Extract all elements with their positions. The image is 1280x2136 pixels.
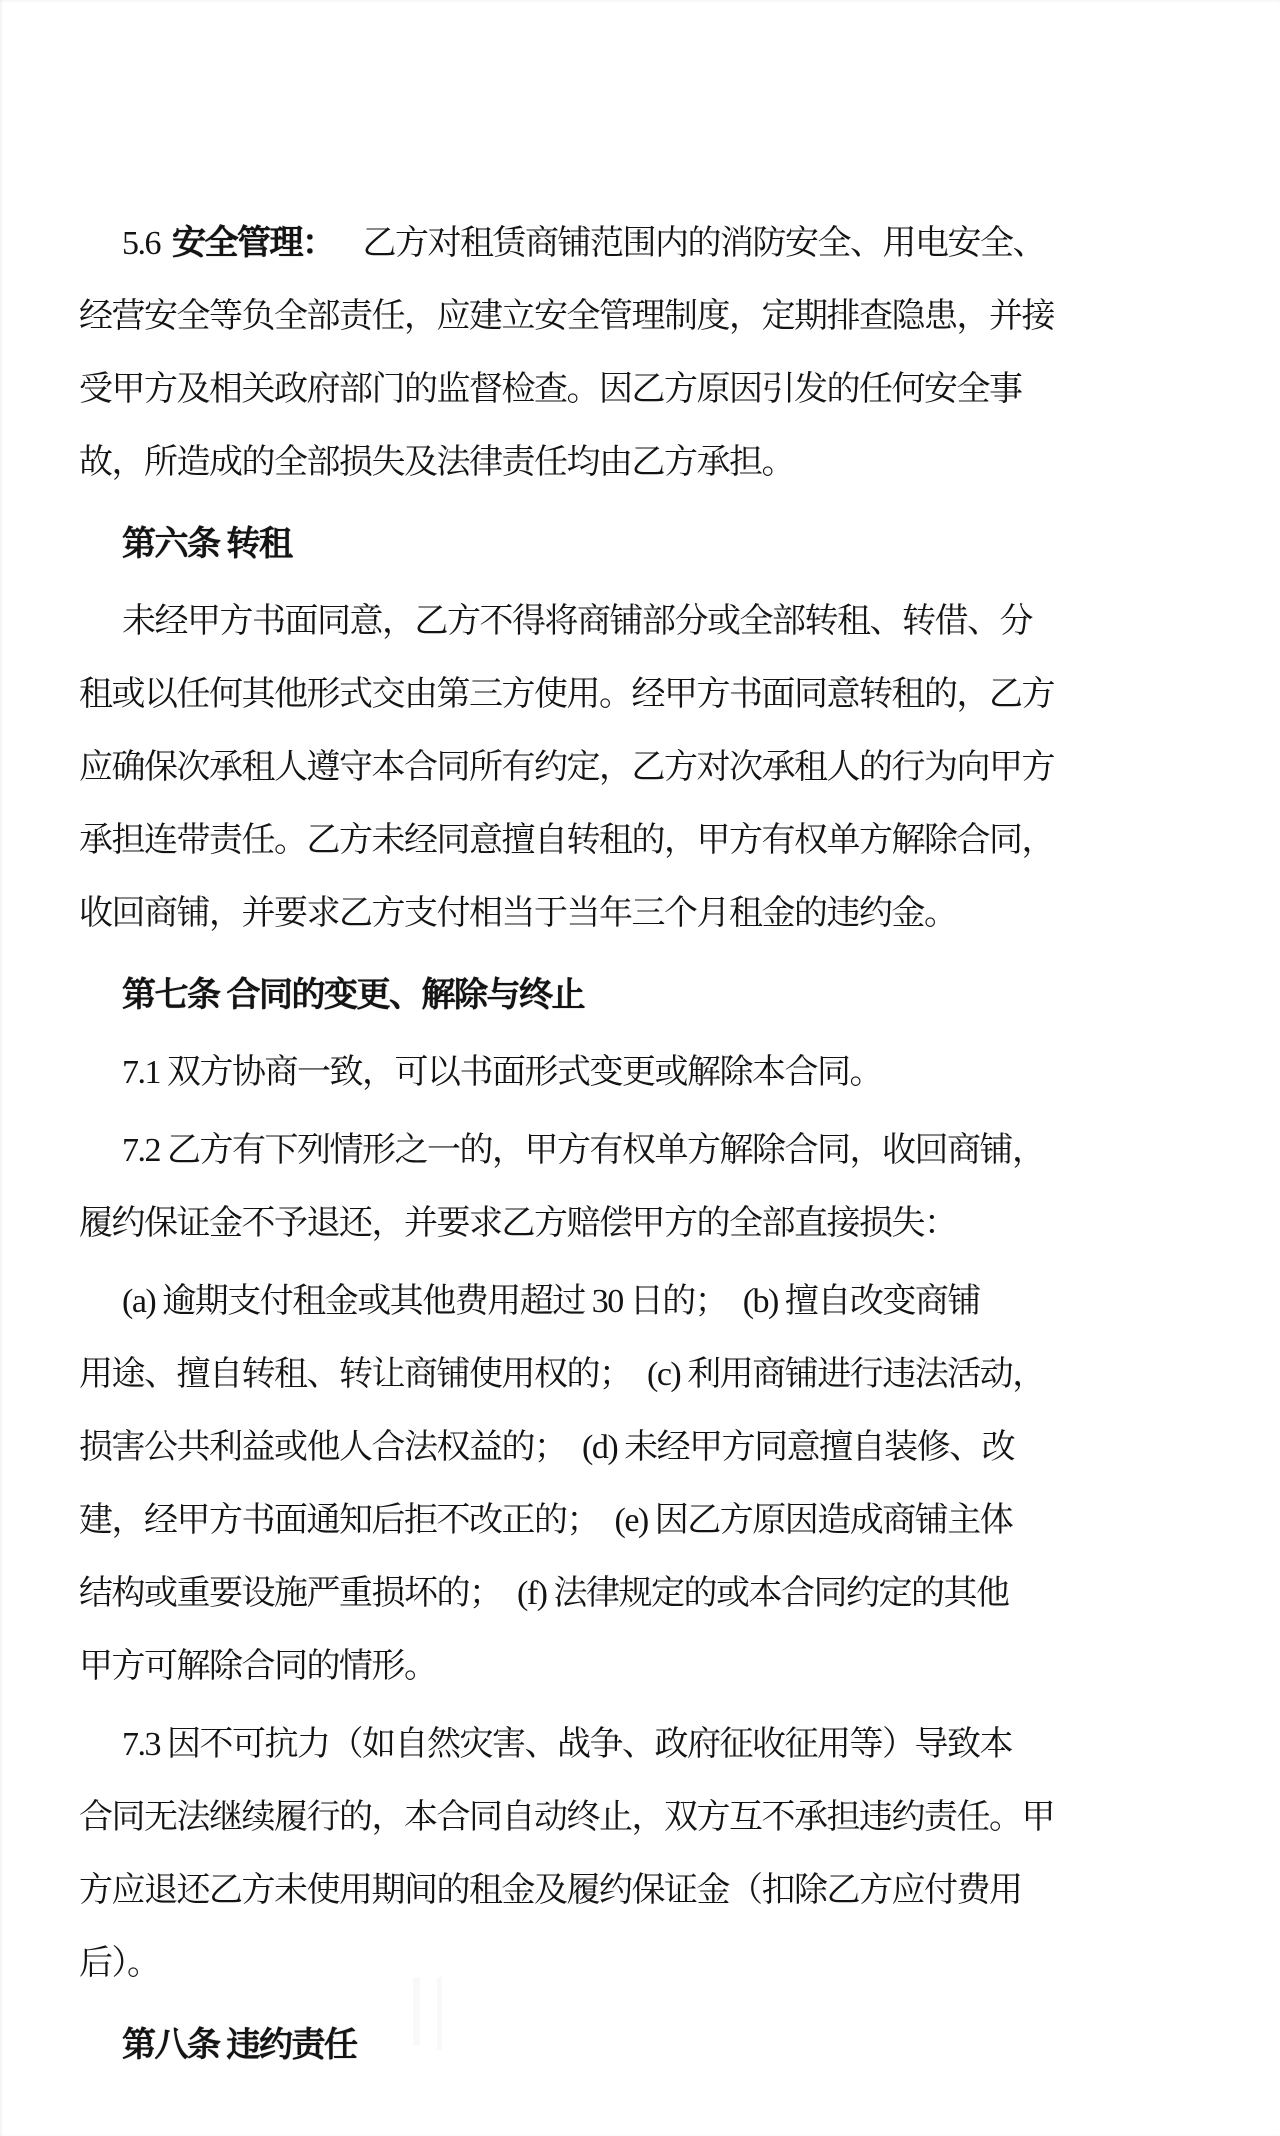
contract-line: 受甲方及相关政府部门的监督检查。因乙方原因引发的任何安全事	[79, 353, 1280, 426]
section-6-heading: 第六条 转租	[79, 508, 1280, 581]
clause-7-1-line: 7.1 双方协商一致，可以书面形式变更或解除本合同。	[79, 1036, 1280, 1109]
clause-5-6-line: 5.6安全管理：乙方对租赁商铺范围内的消防安全、用电安全、	[79, 207, 1280, 280]
contract-page: 5.6安全管理：乙方对租赁商铺范围内的消防安全、用电安全、 经营安全等负全部责任…	[0, 0, 1280, 2136]
contract-line: 未经甲方书面同意，乙方不得将商铺部分或全部转租、转借、分	[79, 585, 1280, 658]
contract-line: 结构或重要设施严重损坏的； (f) 法律规定的或本合同约定的其他	[79, 1557, 1280, 1630]
contract-line: 合同无法继续履行的，本合同自动终止，双方互不承担违约责任。甲	[79, 1781, 1280, 1854]
contract-line: 租或以任何其他形式交由第三方使用。经甲方书面同意转租的，乙方	[79, 658, 1280, 731]
clause-7-2-line: 7.2 乙方有下列情形之一的，甲方有权单方解除合同，收回商铺，	[79, 1114, 1280, 1187]
contract-line: 收回商铺，并要求乙方支付相当于当年三个月租金的违约金。	[79, 877, 1280, 950]
contract-line: 故，所造成的全部损失及法律责任均由乙方承担。	[79, 426, 1280, 499]
contract-body: 5.6安全管理：乙方对租赁商铺范围内的消防安全、用电安全、 经营安全等负全部责任…	[79, 207, 1280, 2086]
clause-7-2-item-line: (a) 逾期支付租金或其他费用超过 30 日的； (b) 擅自改变商铺	[79, 1265, 1280, 1338]
contract-line: 甲方可解除合同的情形。	[79, 1630, 1280, 1703]
clause-title: 安全管理：	[172, 225, 335, 262]
contract-line: 用途、擅自转租、转让商铺使用权的； (c) 利用商铺进行违法活动，	[79, 1338, 1280, 1411]
contract-line: 后）。	[79, 1927, 1280, 2000]
contract-line: 经营安全等负全部责任，应建立安全管理制度，定期排查隐患，并接	[79, 280, 1280, 353]
section-8-heading: 第八条 违约责任	[79, 2009, 1280, 2082]
contract-line: 建，经甲方书面通知后拒不改正的； (e) 因乙方原因造成商铺主体	[79, 1484, 1280, 1557]
contract-line: 承担连带责任。乙方未经同意擅自转租的，甲方有权单方解除合同，	[79, 804, 1280, 877]
clause-text: 乙方对租赁商铺范围内的消防安全、用电安全、	[363, 225, 1046, 262]
contract-line: 应确保次承租人遵守本合同所有约定，乙方对次承租人的行为向甲方	[79, 731, 1280, 804]
contract-line: 方应退还乙方未使用期间的租金及履约保证金（扣除乙方应付费用	[79, 1854, 1280, 1927]
contract-line: 损害公共利益或他人合法权益的； (d) 未经甲方同意擅自装修、改	[79, 1411, 1280, 1484]
clause-number: 5.6	[122, 225, 160, 262]
contract-line: 履约保证金不予退还，并要求乙方赔偿甲方的全部直接损失：	[79, 1187, 1280, 1260]
section-7-heading: 第七条 合同的变更、解除与终止	[79, 959, 1280, 1032]
clause-7-3-line: 7.3 因不可抗力（如自然灾害、战争、政府征收征用等）导致本	[79, 1708, 1280, 1781]
